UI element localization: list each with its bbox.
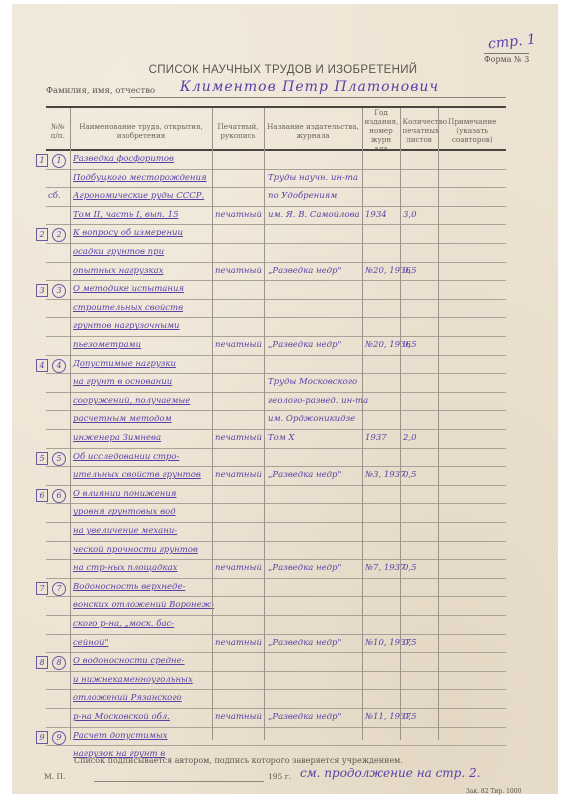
- entry-publisher-line: „Разведка недр": [268, 340, 341, 351]
- column-divider: [362, 108, 363, 740]
- entry-sheets: 3,0: [403, 210, 417, 221]
- ruled-line: [46, 689, 506, 690]
- continuation-note: см. продолжение на стр. 2.: [300, 766, 480, 780]
- ruled-line: [46, 299, 506, 300]
- entry-title-line: О влиянии понижения: [73, 489, 176, 500]
- entry-extra-mark: сб.: [48, 191, 61, 202]
- entry-title-line: Допустимые нагрузки: [73, 359, 176, 370]
- fio-label: Фамилия, имя, отчество: [46, 86, 155, 96]
- entry-number-circle: 4: [52, 359, 66, 373]
- entry-year: 1937: [365, 433, 387, 444]
- ruled-line: [46, 429, 506, 430]
- entry-title-line: ческой прочности грунтов: [73, 545, 198, 556]
- entry-title-line: грунтов нагрузочными: [73, 321, 180, 332]
- entry-number-circle: 5: [52, 452, 66, 466]
- ruled-line: [46, 448, 506, 449]
- entry-sheets: 2,0: [403, 433, 417, 444]
- column-divider: [212, 108, 213, 740]
- entry-number-box: 1: [36, 154, 48, 167]
- table-header: №№ п/п. Наименование труда, открытия, из…: [46, 108, 506, 153]
- entry-title-line: Разведка фосфоритов: [73, 154, 174, 165]
- ruled-line: [46, 727, 506, 728]
- ruled-line: [46, 671, 506, 672]
- entry-publisher-line: Том X: [268, 433, 295, 444]
- ruled-line: [46, 466, 506, 467]
- header-bottom-rule: [46, 149, 506, 151]
- entry-type: печатный: [215, 340, 262, 351]
- ruled-line: [46, 578, 506, 579]
- ruled-line: [46, 410, 506, 411]
- ruled-line: [46, 224, 506, 225]
- entry-sheets: 0,5: [403, 563, 417, 574]
- entry-number-box: 6: [36, 489, 48, 502]
- signature-note: Список подписывается автором, подпись ко…: [74, 756, 403, 765]
- entry-title-line: ительных свойств грунтов: [73, 470, 201, 481]
- entry-title-line: р-на Московской обл.: [73, 712, 170, 723]
- entry-number-circle: 7: [52, 582, 66, 596]
- column-header-notes: Примечание (указать соавторов): [438, 108, 506, 153]
- column-divider: [400, 108, 401, 740]
- entry-title-line: на увеличение механи-: [73, 526, 177, 537]
- entry-sheets: 0,5: [403, 340, 417, 351]
- entry-title-line: строительных свойств: [73, 303, 183, 314]
- ruled-line: [46, 169, 506, 170]
- ruled-line: [46, 243, 506, 244]
- entry-title-line: Водоносность верхнеде-: [73, 582, 185, 593]
- entry-number-box: 9: [36, 731, 48, 744]
- entry-title-line: расчетным методом: [73, 414, 172, 425]
- ruled-line: [46, 373, 506, 374]
- entry-type: печатный: [215, 433, 262, 444]
- entry-type: печатный: [215, 712, 262, 723]
- entry-title-line: Расчет допустимых: [73, 731, 168, 742]
- entry-publisher-line: „Разведка недр": [268, 563, 341, 574]
- column-header-number: №№ п/п.: [46, 108, 70, 153]
- entry-publisher-line: Труды научн. ин-та: [268, 173, 358, 184]
- entry-number-box: 4: [36, 359, 48, 372]
- column-divider: [70, 108, 71, 740]
- entry-sheets: 0,5: [403, 470, 417, 481]
- ruled-line: [46, 485, 506, 486]
- ruled-line: [46, 559, 506, 560]
- ruled-line: [46, 541, 506, 542]
- entry-title-line: сейной": [73, 638, 108, 649]
- entry-title-line: осадки грунтов при: [73, 247, 164, 258]
- ruled-line: [46, 355, 506, 356]
- entry-type: печатный: [215, 563, 262, 574]
- ruled-line: [46, 187, 506, 188]
- entry-title-line: сооружений, получаемые: [73, 396, 190, 407]
- ruled-line: [46, 280, 506, 281]
- ruled-line: [46, 262, 506, 263]
- ruled-line: [46, 745, 506, 746]
- column-divider: [264, 108, 265, 740]
- entry-sheets: 0,5: [403, 638, 417, 649]
- entry-title-line: и нижнекаменноугольных: [73, 675, 193, 686]
- document-title: СПИСОК НАУЧНЫХ ТРУДОВ И ИЗОБРЕТЕНИЙ: [0, 64, 566, 76]
- ruled-line: [46, 317, 506, 318]
- entry-type: печатный: [215, 266, 262, 277]
- form-number: Форма № 3: [484, 53, 529, 64]
- entry-publisher-line: „Разведка недр": [268, 712, 341, 723]
- printer-mark: Зак. 82 Тир. 1000: [466, 788, 521, 795]
- entry-publisher-line: „Разведка недр": [268, 470, 341, 481]
- entry-title-line: ского р-на, „моск. бас-: [73, 619, 174, 630]
- date-line: [94, 781, 264, 782]
- year-label: 195 г.: [268, 772, 291, 781]
- fio-underline: [130, 97, 506, 98]
- entry-sheets: 0,5: [403, 266, 417, 277]
- ruled-line: [46, 206, 506, 207]
- entry-type: печатный: [215, 470, 262, 481]
- entry-number-box: 5: [36, 452, 48, 465]
- entry-publisher-line: Труды Московского: [268, 377, 357, 388]
- entry-title-line: пьезометрами: [73, 340, 141, 351]
- entry-number-box: 2: [36, 228, 48, 241]
- ruled-line: [46, 596, 506, 597]
- entry-number-box: 7: [36, 582, 48, 595]
- ruled-line: [46, 392, 506, 393]
- entry-title-line: на грунт в основании: [73, 377, 172, 388]
- column-header-year: Год издания, номер журн ала: [362, 108, 400, 153]
- ruled-line: [46, 522, 506, 523]
- ruled-line: [46, 503, 506, 504]
- entry-title-line: опытных нагрузках: [73, 266, 164, 277]
- entry-title-line: отложений Рязанского: [73, 693, 182, 704]
- column-header-sheets: Количество печатных листов: [400, 108, 438, 153]
- column-header-publisher: Название издательства, журнала: [264, 108, 362, 153]
- column-header-type: Печатный, рукопись: [212, 108, 264, 153]
- entry-number-box: 8: [36, 656, 48, 669]
- entry-number-box: 3: [36, 284, 48, 297]
- entry-title-line: Подбуцкого месторождения: [73, 173, 207, 184]
- entry-number-circle: 1: [52, 154, 66, 168]
- entry-title-line: Об исследовании стро-: [73, 452, 179, 463]
- entry-title-line: уровня грунтовых вод: [73, 507, 176, 518]
- entry-title-line: О методике испытания: [73, 284, 184, 295]
- entry-publisher-line: „Разведка недр": [268, 638, 341, 649]
- entry-title-line: Том II, часть I, вып. 15: [73, 210, 179, 221]
- entry-title-line: инженера Зимнева: [73, 433, 161, 444]
- entry-title-line: на стр-ных площадках: [73, 563, 177, 574]
- ruled-line: [46, 652, 506, 653]
- entry-sheets: 0,5: [403, 712, 417, 723]
- entry-number-circle: 9: [52, 731, 66, 745]
- entry-title-line: Агрономические руды СССР.: [73, 191, 204, 202]
- ruled-line: [46, 708, 506, 709]
- entry-type: печатный: [215, 210, 262, 221]
- fio-value: Климентов Петр Платонович: [180, 79, 439, 95]
- entry-year: 1934: [365, 210, 387, 221]
- entry-type: печатный: [215, 638, 262, 649]
- entry-publisher-line: им. Я. В. Самойлова: [268, 210, 360, 221]
- entry-title-line: О водоносности средне-: [73, 656, 185, 667]
- mp-label: М. П.: [44, 772, 65, 781]
- entry-title-line: К вопросу об измерении: [73, 228, 183, 239]
- entry-title-line: вонских отложений Воронеж-: [73, 600, 214, 611]
- ruled-line: [46, 634, 506, 635]
- entry-number-circle: 6: [52, 489, 66, 503]
- entry-publisher-line: геолого-развед. ин-та: [268, 396, 368, 407]
- column-header-title: Наименование труда, открытия, изобретени…: [70, 108, 212, 153]
- entry-publisher-line: им. Орджоникидзе: [268, 414, 355, 425]
- entry-publisher-line: „Разведка недр": [268, 266, 341, 277]
- ruled-line: [46, 615, 506, 616]
- entry-publisher-line: по Удобрениям: [268, 191, 337, 202]
- ruled-line: [46, 336, 506, 337]
- column-divider: [438, 108, 439, 740]
